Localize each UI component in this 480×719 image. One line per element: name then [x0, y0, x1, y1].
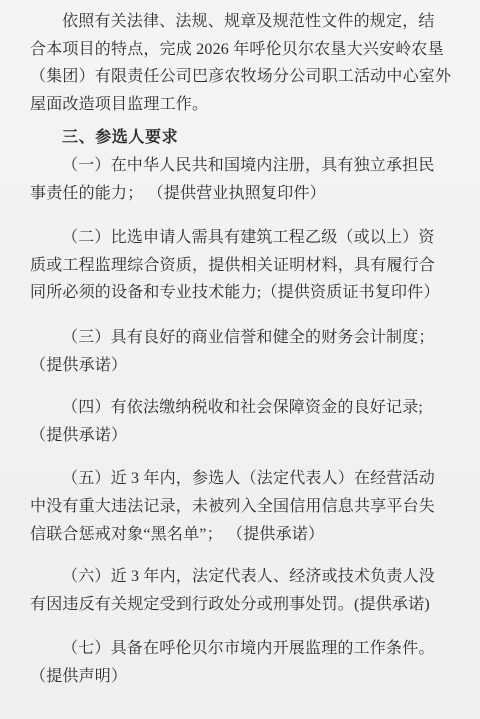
section-heading: 三、参选人要求	[30, 124, 454, 152]
text-line: （提供承诺）	[30, 422, 454, 450]
text-line: （三）具有良好的商业信誉和健全的财务会计制度；	[30, 324, 454, 352]
text-line: 有因违反有关规定受到行政处分或刑事处罚。(提供承诺)	[30, 591, 454, 619]
text-line: （一）在中华人民共和国境内注册，具有独立承担民	[30, 152, 454, 180]
text-line: （六）近 3 年内，法定代表人、经济或技术负责人没	[30, 563, 454, 591]
clause-6: （六）近 3 年内，法定代表人、经济或技术负责人没 有因违反有关规定受到行政处分…	[30, 563, 454, 618]
text-line: 质或工程监理综合资质，提供相关证明材料，具有履行合	[30, 252, 454, 280]
text-line: 中没有重大违法记录，未被列入全国信用信息共享平台失	[30, 493, 454, 521]
text-line: （提供承诺）	[30, 352, 454, 380]
text-line: 合本项目的特点，完成 2026 年呼伦贝尔农垦大兴安岭农垦	[30, 36, 454, 64]
text-line: 屋面改造项目监理工作。	[30, 91, 454, 119]
text-line: 依照有关法律、法规、规章及规范性文件的规定，结	[30, 8, 454, 36]
document-page: 依照有关法律、法规、规章及规范性文件的规定，结 合本项目的特点，完成 2026 …	[0, 0, 480, 719]
clause-4: （四）有依法缴纳税收和社会保障资金的良好记录; （提供承诺）	[30, 394, 454, 449]
text-line: （二）比选申请人需具有建筑工程乙级（或以上）资	[30, 224, 454, 252]
text-line: （七）具备在呼伦贝尔市境内开展监理的工作条件。	[30, 635, 454, 663]
text-line: （提供声明）	[30, 663, 454, 691]
intro-paragraph: 依照有关法律、法规、规章及规范性文件的规定，结 合本项目的特点，完成 2026 …	[30, 8, 454, 118]
text-line: 事责任的能力； （提供营业执照复印件）	[30, 180, 454, 208]
text-line: （五）近 3 年内，参选人（法定代表人）在经营活动	[30, 465, 454, 493]
text-line: 信联合惩戒对象“黑名单”； （提供承诺）	[30, 521, 454, 549]
text-line: 同所必须的设备和专业技术能力;（提供资质证书复印件）	[30, 279, 454, 307]
clause-7: （七）具备在呼伦贝尔市境内开展监理的工作条件。 （提供声明）	[30, 635, 454, 690]
text-line: （集团）有限责任公司巴彦农牧场分公司职工活动中心室外	[30, 63, 454, 91]
clause-3: （三）具有良好的商业信誉和健全的财务会计制度； （提供承诺）	[30, 324, 454, 379]
clause-1: （一）在中华人民共和国境内注册，具有独立承担民 事责任的能力； （提供营业执照复…	[30, 152, 454, 207]
clause-2: （二）比选申请人需具有建筑工程乙级（或以上）资 质或工程监理综合资质，提供相关证…	[30, 224, 454, 307]
section-heading-text: 三、参选人要求	[30, 124, 454, 152]
clause-5: （五）近 3 年内，参选人（法定代表人）在经营活动 中没有重大违法记录，未被列入…	[30, 465, 454, 548]
text-line: （四）有依法缴纳税收和社会保障资金的良好记录;	[30, 394, 454, 422]
